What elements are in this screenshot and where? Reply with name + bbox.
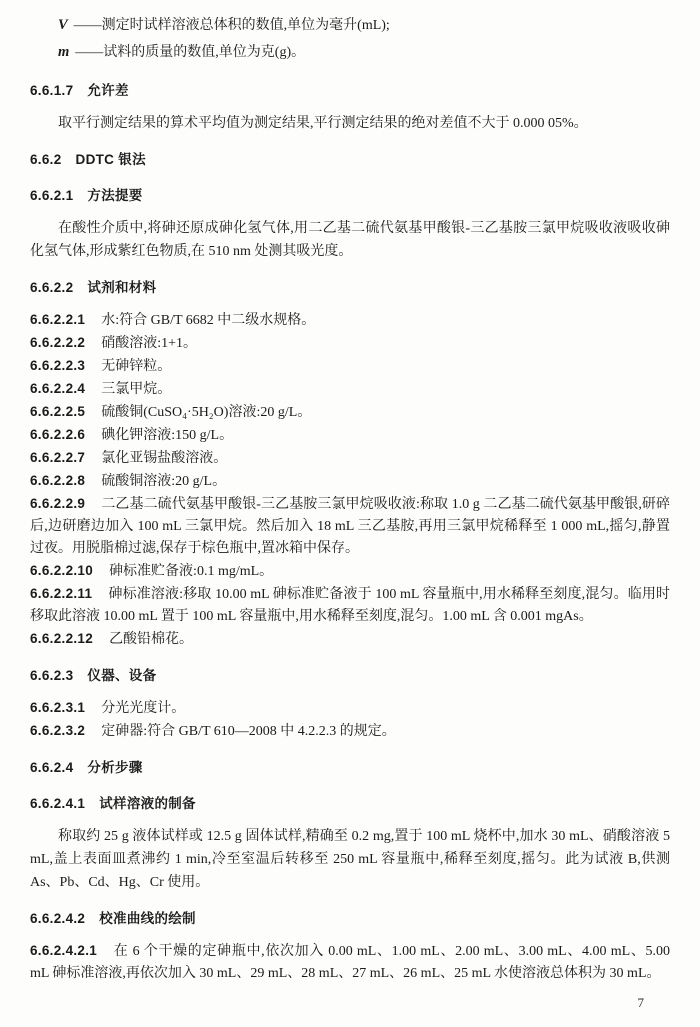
clause-text: 二乙基二硫代氨基甲酸银-三乙基胺三氯甲烷吸收液:称取 1.0 g 二乙基二硫代氨… <box>30 497 670 556</box>
clause-item: 6.6.2.2.6碘化钾溶液:150 g/L。 <box>30 424 670 447</box>
clause-item: 6.6.2.2.9二乙基二硫代氨基甲酸银-三乙基胺三氯甲烷吸收液:称取 1.0 … <box>30 493 670 560</box>
clause-number: 6.6.2.2.1 <box>30 312 85 327</box>
clause-number: 6.6.2.4.2.1 <box>30 943 97 958</box>
paragraph-sample-preparation: 称取约 25 g 液体试样或 12.5 g 固体试样,精确至 0.2 mg,置于… <box>30 825 670 894</box>
clause-text: 乙酸铅棉花。 <box>109 632 193 647</box>
clause-item: 6.6.2.3.2定砷器:符合 GB/T 610—2008 中 4.2.2.3 … <box>30 720 670 743</box>
clause-text: 硝酸溶液:1+1。 <box>101 336 197 351</box>
clause-heading-66241: 6.6.2.4.1试样溶液的制备 <box>30 793 670 815</box>
page-number: 7 <box>638 995 645 1011</box>
clause-text: 无砷锌粒。 <box>101 359 171 374</box>
clause-item: 6.6.2.2.4三氯甲烷。 <box>30 378 670 401</box>
clause-number: 6.6.2.2.10 <box>30 563 93 578</box>
clause-heading-6624: 6.6.2.4分析步骤 <box>30 757 670 779</box>
clause-heading-662: 6.6.2DDTC 银法 <box>30 149 670 171</box>
clause-number: 6.6.2.4.1 <box>30 796 85 811</box>
clause-title: 校准曲线的绘制 <box>99 911 196 926</box>
clause-text: 碘化钾溶液:150 g/L。 <box>101 428 233 443</box>
clause-number: 6.6.2.3.2 <box>30 723 85 738</box>
clause-number: 6.6.2.3.1 <box>30 700 85 715</box>
paragraph-tolerance: 取平行测定结果的算术平均值为测定结果,平行测定结果的绝对差值不大于 0.000 … <box>30 112 670 135</box>
clause-heading-66242: 6.6.2.4.2校准曲线的绘制 <box>30 908 670 930</box>
clause-number: 6.6.2.3 <box>30 668 73 683</box>
clause-number: 6.6.2.2.4 <box>30 381 85 396</box>
clause-item: 6.6.2.2.1水:符合 GB/T 6682 中二级水规格。 <box>30 309 670 332</box>
clause-item: 6.6.2.2.8硫酸铜溶液:20 g/L。 <box>30 470 670 493</box>
clause-title: 试剂和材料 <box>87 280 156 295</box>
clause-number: 6.6.2.2 <box>30 280 73 295</box>
clause-text: 硫酸铜溶液:20 g/L。 <box>101 474 226 489</box>
clause-heading-6623: 6.6.2.3仪器、设备 <box>30 665 670 687</box>
clause-number: 6.6.2.2.9 <box>30 496 85 511</box>
clause-text: 砷标准贮备液:0.1 mg/mL。 <box>109 564 273 579</box>
clause-text: 砷标准溶液:移取 10.00 mL 砷标准贮备液于 100 mL 容量瓶中,用水… <box>30 587 670 624</box>
clause-title: 仪器、设备 <box>87 668 156 683</box>
clause-text: 分光光度计。 <box>101 701 185 716</box>
clause-title: 试样溶液的制备 <box>99 796 196 811</box>
document-page: V——测定时试样溶液总体积的数值,单位为毫升(mL); m——试料的质量的数值,… <box>0 0 700 1027</box>
symbol-definition: V——测定时试样溶液总体积的数值,单位为毫升(mL); <box>30 12 670 39</box>
clause-title: 方法提要 <box>87 188 142 203</box>
clause-number: 6.6.2.2.2 <box>30 335 85 350</box>
clause-number: 6.6.2.2.8 <box>30 473 85 488</box>
clause-text: 氯化亚锡盐酸溶液。 <box>101 451 227 466</box>
clause-text: 水:符合 GB/T 6682 中二级水规格。 <box>101 313 315 328</box>
definition-text: ——试料的质量的数值,单位为克(g)。 <box>75 45 305 60</box>
clause-number: 6.6.2.1 <box>30 188 73 203</box>
clause-item: 6.6.2.3.1分光光度计。 <box>30 697 670 720</box>
clause-text: 定砷器:符合 GB/T 610—2008 中 4.2.2.3 的规定。 <box>101 724 396 739</box>
clause-number: 6.6.2.2.11 <box>30 586 92 601</box>
clause-number: 6.6.2.4 <box>30 760 73 775</box>
symbol-definition: m——试料的质量的数值,单位为克(g)。 <box>30 39 670 66</box>
clause-heading-6622: 6.6.2.2试剂和材料 <box>30 277 670 299</box>
clause-title: 允许差 <box>87 83 128 98</box>
definition-text: ——测定时试样溶液总体积的数值,单位为毫升(mL); <box>74 18 390 33</box>
clause-heading-6617: 6.6.1.7允许差 <box>30 80 670 102</box>
clause-number: 6.6.2.2.12 <box>30 631 93 646</box>
clause-item: 6.6.2.2.12乙酸铅棉花。 <box>30 628 670 651</box>
clause-item: 6.6.2.2.5硫酸铜(CuSO₄·5H₂O)溶液:20 g/L。 <box>30 401 670 424</box>
clause-item: 6.6.2.2.2硝酸溶液:1+1。 <box>30 332 670 355</box>
clause-number: 6.6.1.7 <box>30 83 73 98</box>
clause-number: 6.6.2.2.5 <box>30 404 85 419</box>
paragraph-method-summary: 在酸性介质中,将砷还原成砷化氢气体,用二乙基二硫代氨基甲酸银-三乙基胺三氯甲烷吸… <box>30 217 670 263</box>
clause-item: 6.6.2.2.7氯化亚锡盐酸溶液。 <box>30 447 670 470</box>
clause-number: 6.6.2.2.6 <box>30 427 85 442</box>
clause-number: 6.6.2.2.7 <box>30 450 85 465</box>
symbol-v: V <box>58 17 68 33</box>
symbol-m: m <box>58 44 69 60</box>
clause-title: 分析步骤 <box>87 760 142 775</box>
clause-number: 6.6.2.4.2 <box>30 911 85 926</box>
clause-heading-6621: 6.6.2.1方法提要 <box>30 185 670 207</box>
clause-number: 6.6.2.2.3 <box>30 358 85 373</box>
clause-number: 6.6.2 <box>30 152 62 167</box>
clause-text: 在 6 个干燥的定砷瓶中,依次加入 0.00 mL、1.00 mL、2.00 m… <box>30 944 670 981</box>
clause-item: 6.6.2.4.2.1在 6 个干燥的定砷瓶中,依次加入 0.00 mL、1.0… <box>30 940 670 985</box>
clause-item: 6.6.2.2.3无砷锌粒。 <box>30 355 670 378</box>
clause-title: DDTC 银法 <box>76 152 146 167</box>
clause-item: 6.6.2.2.10砷标准贮备液:0.1 mg/mL。 <box>30 560 670 583</box>
clause-item: 6.6.2.2.11砷标准溶液:移取 10.00 mL 砷标准贮备液于 100 … <box>30 583 670 628</box>
clause-text: 硫酸铜(CuSO₄·5H₂O)溶液:20 g/L。 <box>101 405 311 420</box>
clause-text: 三氯甲烷。 <box>101 382 171 397</box>
